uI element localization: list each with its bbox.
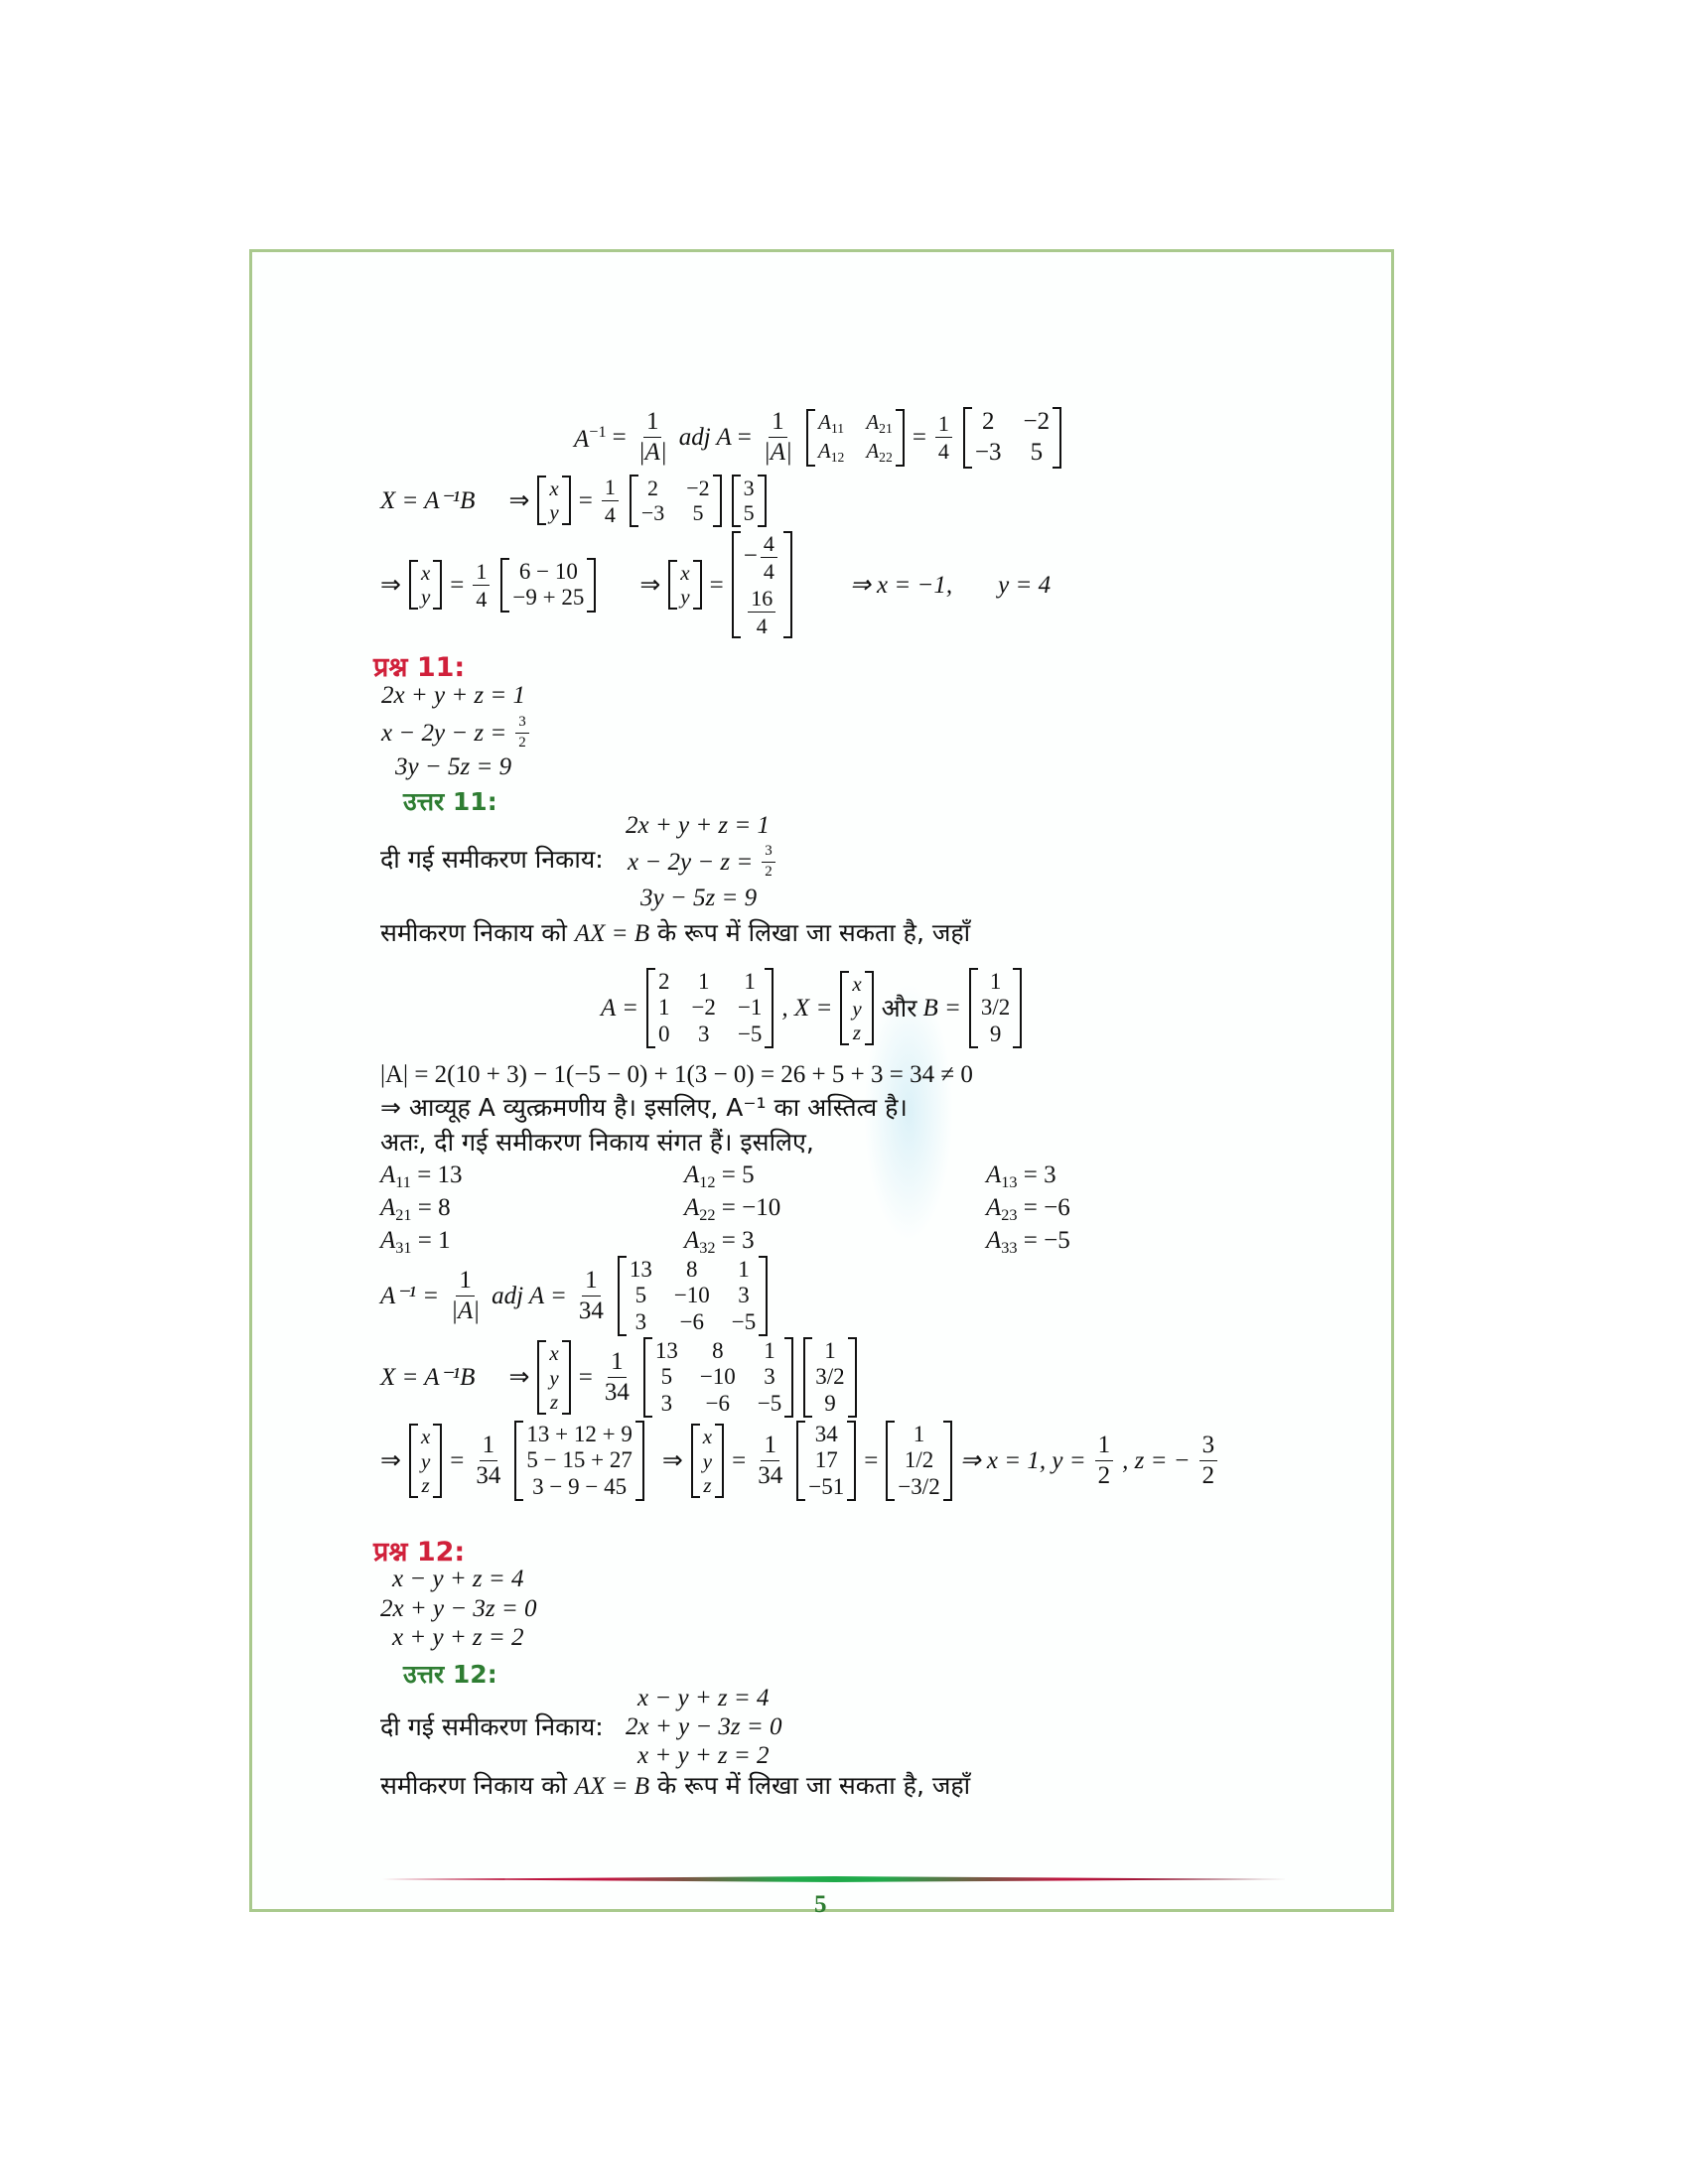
a11-determinant: |A| = 2(10 + 3) − 1(−5 − 0) + 1(3 − 0) =… [380, 1062, 973, 1087]
question-12-heading: प्रश्न 12: [373, 1532, 465, 1569]
solution-x: ⇒ x = −1, [850, 573, 952, 598]
inverse-formula-2x2: A−1 = 1|A| adj A = 1|A| A11A21 A12A22 = … [574, 407, 1063, 469]
question-11-heading: प्रश्न 11: [373, 647, 465, 684]
cofactor-a13: A13 = 3 [986, 1161, 1056, 1192]
matrix-X: xyz [840, 971, 873, 1044]
a12-given-label: दी गई समीकरण निकाय: [380, 1714, 604, 1739]
a11-matrix-definitions: A = 211 1−2−1 03−5 , X = xyz और B = 13/2… [601, 968, 1024, 1048]
matrix-A: 211 1−2−1 03−5 [646, 968, 774, 1048]
answer-12-heading: उत्तर 12: [403, 1657, 497, 1691]
a11-equation-3: 3y − 5z = 9 [640, 886, 757, 910]
cofactor-matrix-2x2: A11A21 A12A22 [806, 409, 905, 467]
a12-equation-2: 2x + y − 3z = 0 [626, 1714, 782, 1739]
result-matrix-2x2: 2−2 −35 [963, 407, 1061, 469]
a11-equation-2: x − 2y − z = 32 [628, 844, 778, 881]
q12-equation-1: x − y + z = 4 [392, 1567, 524, 1591]
fraction-vector: −44 164 [732, 531, 792, 638]
cofactor-a11: A11 = 13 [380, 1161, 463, 1192]
a11-consistent-text: अतः, दी गई समीकरण निकाय संगत हैं। इसलिए, [380, 1130, 814, 1155]
matrix-B: 13/29 [969, 968, 1022, 1048]
q12-equation-3: x + y + z = 2 [392, 1625, 524, 1650]
cofactor-a12: A12 = 5 [684, 1161, 755, 1192]
cofactor-a21: A21 = 8 [380, 1194, 451, 1225]
a11-axb-text: समीकरण निकाय को AX = B के रूप में लिखा ज… [380, 920, 970, 946]
page-number: 5 [814, 1891, 827, 1919]
a12-axb-text: समीकरण निकाय को AX = B के रूप में लिखा ज… [380, 1773, 970, 1799]
x-equals-inverse-b-2x2: X = A⁻¹B ⇒ xy = 14 2−2 −35 35 [380, 475, 769, 527]
adj-label: adj A [679, 425, 732, 450]
a12-equation-3: x + y + z = 2 [637, 1743, 770, 1768]
solution-xy: ⇒ x = 1, y = [960, 1448, 1086, 1473]
q12-equation-2: 2x + y − 3z = 0 [380, 1596, 537, 1621]
cofactor-a23: A23 = −6 [986, 1194, 1070, 1225]
a11-given-label: दी गई समीकरण निकाय: [380, 847, 604, 872]
result-line-2x2: ⇒ xy = 14 6 − 10−9 + 25 ⇒ xy = −44 164 ⇒… [380, 531, 1051, 638]
inverse-lhs: A−1 [574, 424, 607, 452]
a11-invertible-text: ⇒ आव्यूह A व्युत्क्रमणीय है। इसलिए, A⁻¹ … [380, 1095, 908, 1120]
solution-z: , z = − [1122, 1448, 1190, 1473]
solution-y: y = 4 [998, 573, 1051, 598]
q11-equation-3: 3y − 5z = 9 [395, 754, 511, 779]
a12-equation-1: x − y + z = 4 [637, 1686, 770, 1710]
cofactor-a22: A22 = −10 [684, 1194, 780, 1225]
q11-equation-1: 2x + y + z = 1 [381, 683, 525, 708]
answer-11-heading: उत्तर 11: [403, 784, 497, 818]
q11-equation-2: x − 2y − z = 32 [381, 715, 532, 751]
a11-equation-1: 2x + y + z = 1 [626, 813, 770, 838]
cofactor-a31: A31 = 1 [380, 1227, 451, 1258]
cofactor-a32: A32 = 3 [684, 1227, 755, 1258]
a11-x-equals-inverse-b: X = A⁻¹B ⇒ xyz = 134 1381 5−103 3−6−5 13… [380, 1337, 859, 1418]
adjoint-matrix: 1381 5−103 3−6−5 [618, 1256, 768, 1336]
a11-result-line: ⇒ xyz = 134 13 + 12 + 95 − 15 + 273 − 9 … [380, 1421, 1220, 1501]
cofactor-a33: A33 = −5 [986, 1227, 1070, 1258]
a11-inverse-formula: A⁻¹ = 1|A| adj A = 134 1381 5−103 3−6−5 [380, 1256, 770, 1336]
